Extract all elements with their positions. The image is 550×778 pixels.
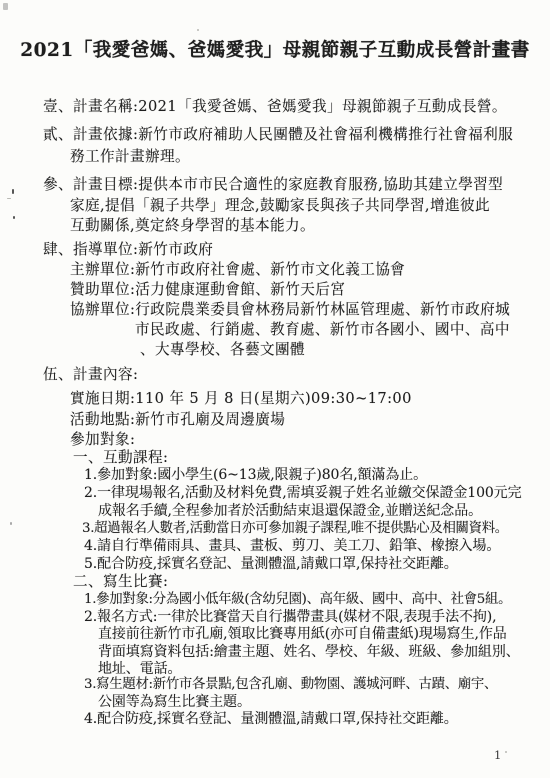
unit-sponsor: 贊助單位:活力健康運動會館、新竹天后宮 (70, 278, 345, 299)
section-basis-line-2: 務工作計畫辦理。 (70, 145, 190, 166)
section-plan-name: 壹、計畫名稱:2021「我愛爸媽、爸媽愛我」母親節親子互動成長營。 (43, 95, 507, 116)
contest-item-3-line-1: 3.寫生題材:新竹市各景點,包含孔廟、動物園、護城河畔、古蹟、廟宇、 (84, 673, 497, 692)
content-location: 活動地點:新竹市孔廟及周邊廣場 (70, 408, 285, 429)
scan-artifact (505, 751, 507, 753)
unit-organizer: 主辦單位:新竹市政府社會處、新竹市文化義工協會 (70, 258, 405, 279)
scan-artifact (10, 522, 12, 525)
content-date: 實施日期:110 年 5 月 8 日(星期六)09:30~17:00 (70, 387, 412, 408)
unit-co-organizer-line-3: 、大專學校、各藝文團體 (140, 338, 305, 359)
scan-artifact (12, 189, 14, 194)
section-content-heading: 伍、計畫內容: (43, 363, 138, 384)
unit-co-organizer-line-2: 市民政處、行銷處、教育處、新竹市各國小、國中、高中 (135, 318, 510, 339)
section-goal-line-3: 互動關係,奠定終身學習的基本能力。 (70, 214, 315, 235)
scan-artifact (3, 3, 8, 10)
section-goal-line-1: 參、計畫目標:提供本市市民合適性的家庭教育服務,協助其建立學習型 (43, 173, 503, 194)
course-item-1: 1.參加對象:國小學生(6~13歲,限親子)80名,額滿為止。 (84, 464, 427, 484)
contest-item-4: 4.配合防疫,採實名登記、量測體溫,請戴口罩,保持社交距離。 (84, 708, 458, 728)
contest-item-2-line-2: 直接前往新竹市孔廟,領取比賽專用紙(亦可自備畫紙)現場寫生,作品 (98, 623, 507, 643)
course-item-2-line-1: 2.一律現場報名,活動及材料免費,需填妥親子姓名並繳交保證金100元完 (84, 482, 521, 502)
section-basis-line-1: 貳、計畫依據:新竹市政府補助人民團體及社會福利機構推行社會福利服 (43, 123, 513, 144)
scan-artifact (197, 29, 199, 31)
course-item-4: 4.請自行準備雨具、畫具、畫板、剪刀、美工刀、鉛筆、橡擦入場。 (84, 535, 500, 555)
page-title: 2021「我愛爸媽、爸媽愛我」母親節親子互動成長營計畫書 (0, 36, 550, 62)
course-item-3: 3.超過報名人數者,活動當日亦可參加親子課程,唯不提供點心及相關資料。 (82, 517, 508, 536)
section-goal-line-2: 家庭,提倡「親子共學」理念,鼓勵家長與孩子共同學習,增進彼此 (70, 194, 490, 215)
contest-item-1: 1.參加對象:分為國小低年級(含幼兒園)、高年級、國中、高中、社會5組。 (84, 588, 511, 607)
page-number: 1 (494, 748, 501, 762)
document-page: 2021「我愛爸媽、爸媽愛我」母親節親子互動成長營計畫書 壹、計畫名稱:2021… (0, 0, 550, 778)
unit-co-organizer-line-1: 協辦單位:行政院農業委員會林務局新竹林區管理處、新竹市政府城 (70, 298, 510, 319)
unit-advisor: 肆、指導單位:新竹市政府 (43, 238, 213, 259)
scan-artifact (13, 216, 15, 219)
scan-artifact (7, 198, 11, 199)
